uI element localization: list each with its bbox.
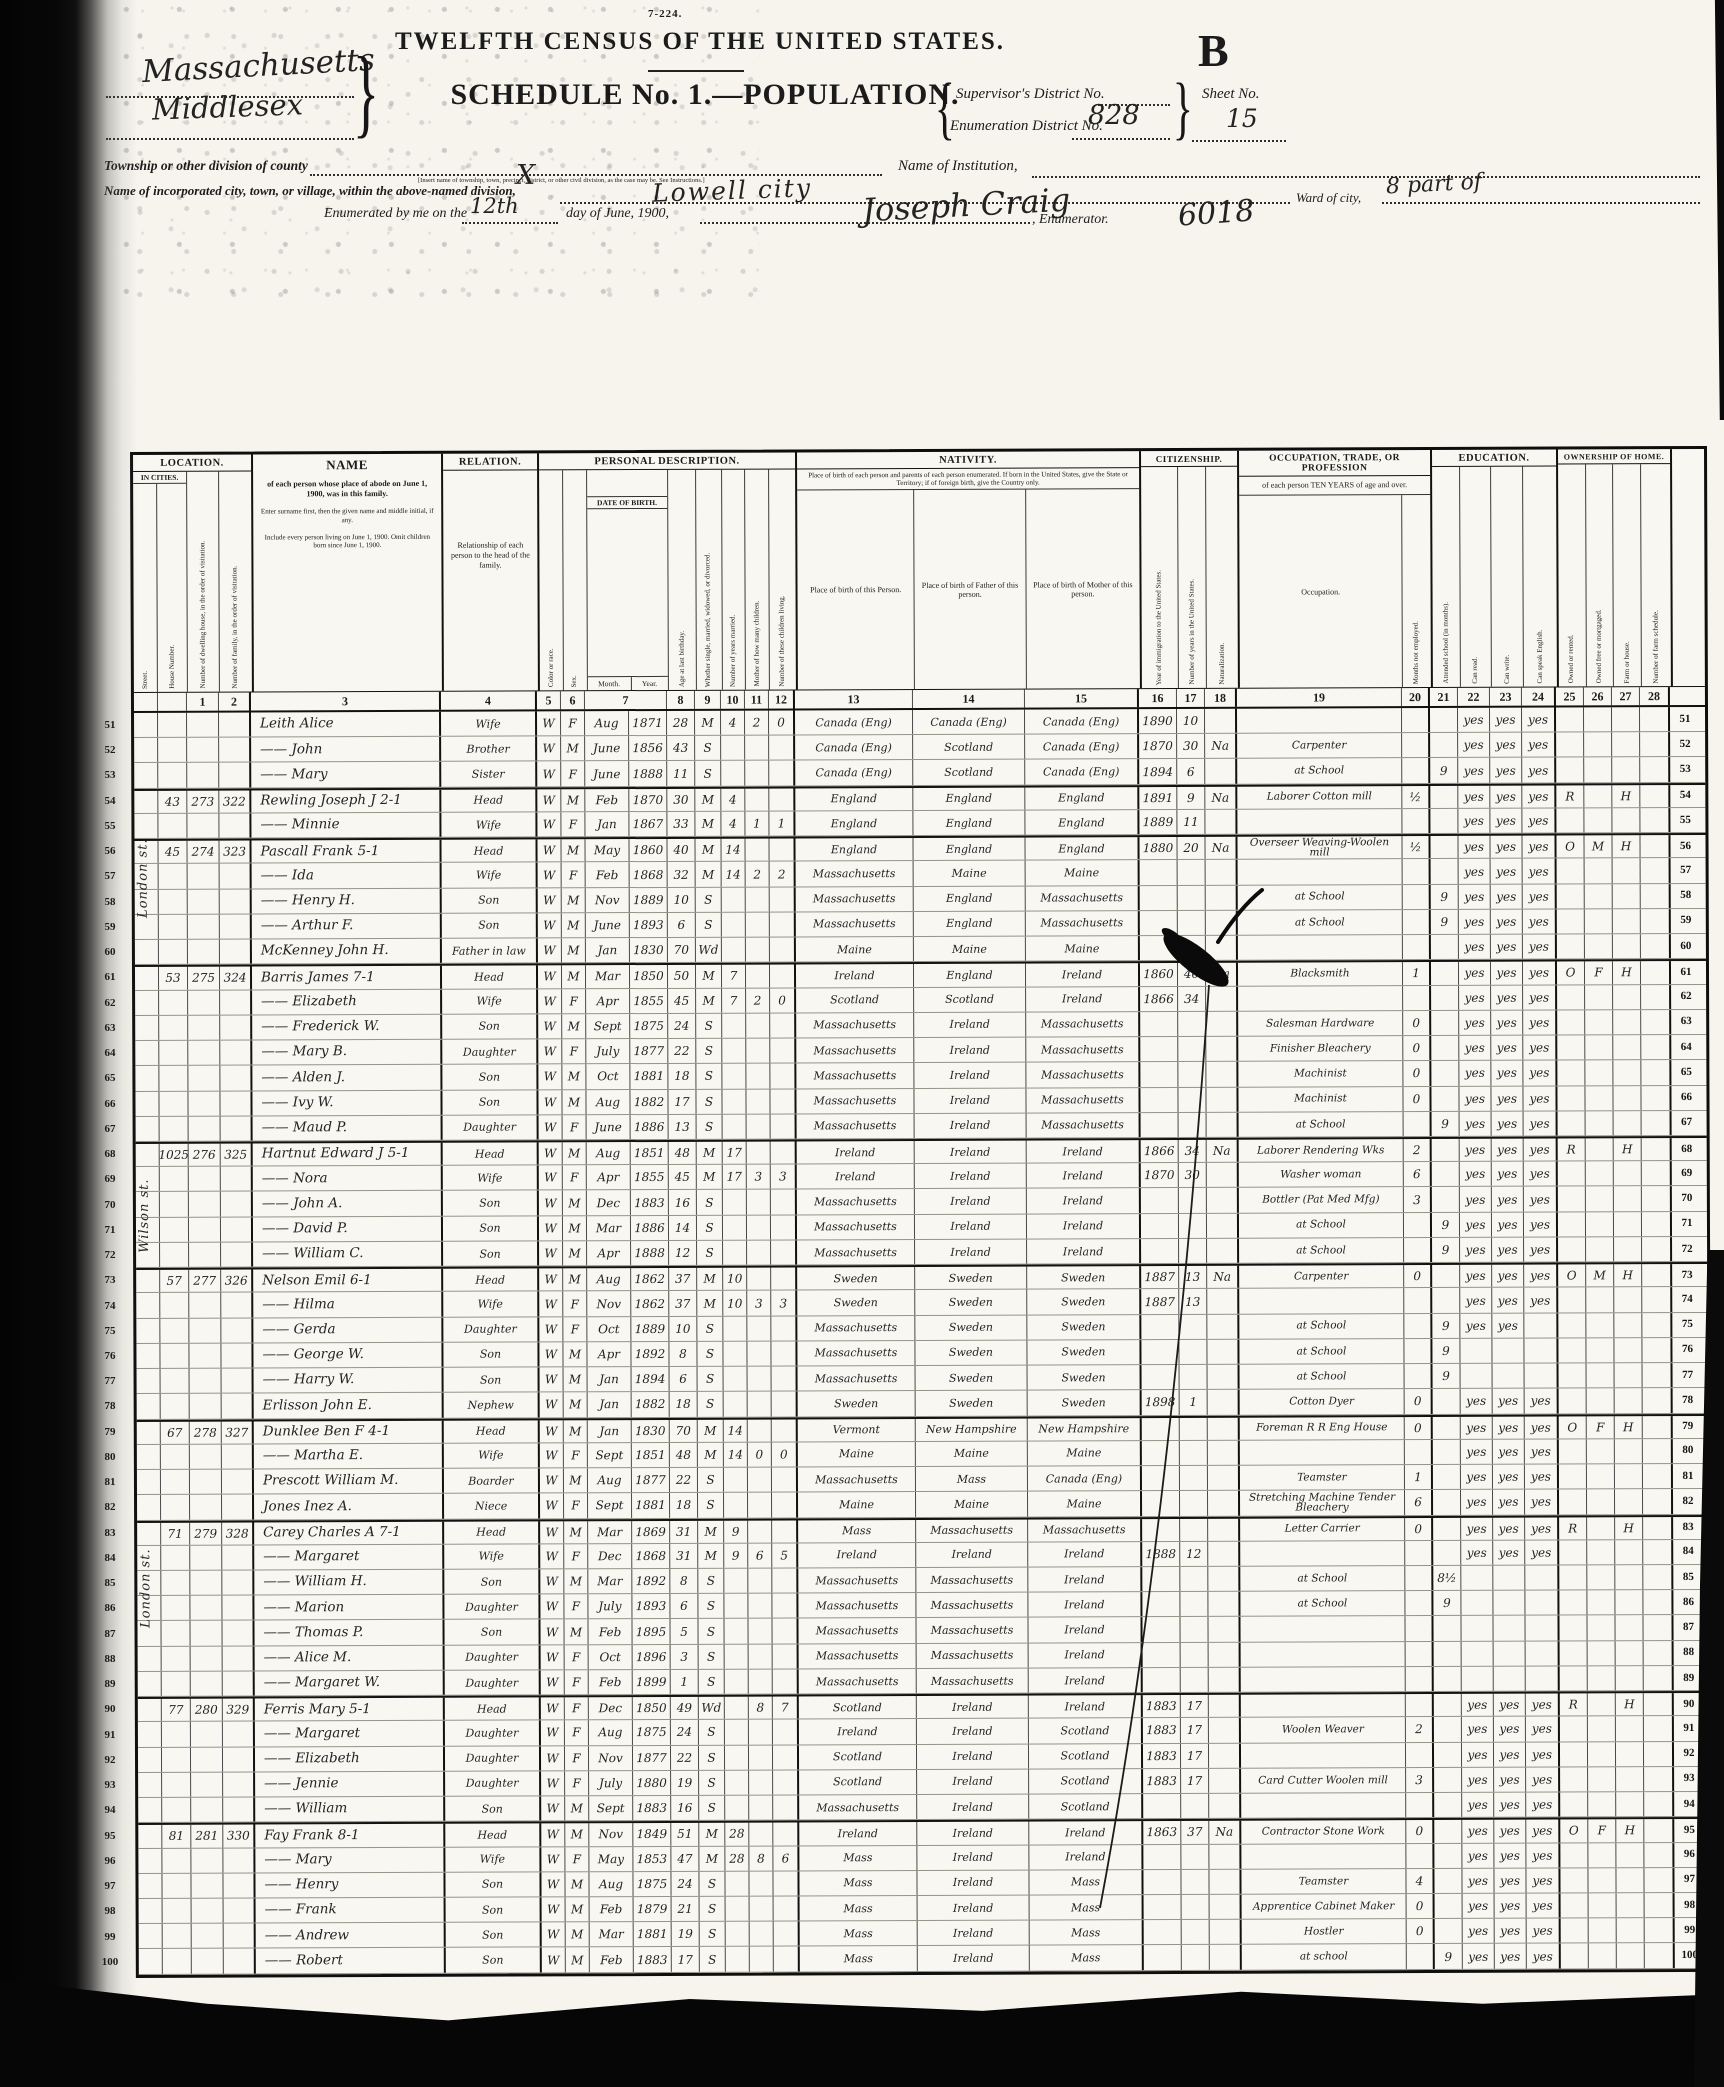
cell-name: —— Marion bbox=[254, 1595, 444, 1620]
cell-occ bbox=[1241, 1694, 1406, 1717]
cell-house bbox=[162, 1848, 191, 1872]
cell-month: Aug bbox=[585, 711, 629, 735]
cell-dwell bbox=[191, 1873, 223, 1897]
cell-moth bbox=[746, 1089, 770, 1113]
cell-nat bbox=[1207, 1239, 1239, 1263]
cell-ym bbox=[725, 1720, 749, 1744]
cell-month: Jan bbox=[588, 1392, 632, 1416]
cell-mne bbox=[1404, 1339, 1432, 1363]
cell-color: W bbox=[540, 1569, 564, 1593]
cell-farm: H bbox=[1614, 1264, 1642, 1286]
cell-street bbox=[137, 1369, 161, 1393]
cell-mne: 0 bbox=[1403, 1036, 1431, 1060]
cell-bp: Massachusetts bbox=[796, 887, 914, 912]
cell-bf: Massachusetts bbox=[916, 1618, 1028, 1643]
left-margin-row-number: 82 bbox=[96, 1501, 124, 1513]
cell-house bbox=[160, 1243, 189, 1267]
header-group-nativity: NATIVITY. Place of birth of each person … bbox=[797, 451, 1142, 689]
cell-fam: 328 bbox=[222, 1522, 254, 1544]
cell-sch bbox=[1430, 708, 1458, 732]
cell-bm: Maine bbox=[1028, 1491, 1142, 1516]
left-margin-row-number: 64 bbox=[96, 1047, 124, 1059]
cell-mort bbox=[1585, 859, 1613, 883]
cell-moth: 6 bbox=[748, 1543, 772, 1567]
cell-own bbox=[1558, 1338, 1586, 1362]
name-note-2: Enter surname first, then the given name… bbox=[253, 503, 441, 529]
cell-bf: Canada (Eng) bbox=[913, 710, 1025, 735]
cell-write: yes bbox=[1492, 1139, 1524, 1161]
cell-occ bbox=[1239, 1289, 1404, 1314]
enumerated-day: 12th bbox=[470, 194, 519, 218]
cell-street bbox=[138, 1773, 162, 1797]
cell-sex: M bbox=[564, 1420, 588, 1442]
cell-month: Apr bbox=[586, 989, 630, 1013]
cell-dwell bbox=[191, 1772, 223, 1796]
cell-farm bbox=[1614, 1212, 1642, 1236]
cell-ym: 4 bbox=[721, 812, 745, 836]
cell-mne bbox=[1406, 1793, 1434, 1817]
cell-bm: Ireland bbox=[1029, 1695, 1143, 1718]
cell-liv bbox=[772, 1568, 798, 1592]
cell-write: yes bbox=[1494, 1767, 1526, 1791]
cell-fam bbox=[223, 1722, 255, 1746]
left-margin-row-number: 69 bbox=[96, 1173, 124, 1185]
cell-name: —— Andrew bbox=[256, 1923, 446, 1948]
cell-farm bbox=[1617, 1893, 1645, 1917]
col-header-children-living: Number of these children living. bbox=[769, 469, 796, 689]
cell-rel: Son bbox=[443, 1241, 539, 1266]
cell-eng bbox=[1526, 1641, 1560, 1665]
cell-nat: Na bbox=[1209, 1821, 1241, 1843]
cell-fam bbox=[221, 1167, 253, 1191]
cell-liv bbox=[774, 1896, 800, 1920]
cell-mort bbox=[1587, 1565, 1615, 1589]
cell-occ: Overseer Weaving-Woolen mill bbox=[1237, 836, 1402, 859]
left-margin-row-number: 57 bbox=[96, 870, 124, 882]
cell-read: yes bbox=[1462, 1694, 1494, 1716]
cell-bm: Maine bbox=[1026, 936, 1140, 961]
cell-n2: 58 bbox=[1671, 884, 1701, 908]
cell-occ: Apprentice Cabinet Maker bbox=[1242, 1894, 1407, 1919]
cell-fam bbox=[221, 1217, 253, 1241]
cell-bf: England bbox=[913, 838, 1025, 861]
cell-age: 37 bbox=[669, 1291, 697, 1315]
cell-bf: Sweden bbox=[915, 1315, 1027, 1340]
cell-mort bbox=[1587, 1591, 1615, 1615]
cell-color: W bbox=[541, 1847, 565, 1871]
cell-nat bbox=[1208, 1365, 1240, 1389]
cell-yus bbox=[1182, 1920, 1210, 1944]
cell-year: 1892 bbox=[631, 1342, 669, 1366]
cell-fam bbox=[221, 1343, 253, 1367]
cell-occ: Stretching Machine Tender Bleachery bbox=[1240, 1490, 1405, 1515]
group-title-relation: RELATION. bbox=[443, 453, 537, 470]
cell-moth: 0 bbox=[748, 1442, 772, 1466]
cell-liv bbox=[772, 1392, 798, 1416]
relation-note: Relationship of each person to the head … bbox=[443, 536, 537, 574]
cell-house bbox=[161, 1546, 190, 1570]
cell-ym: 14 bbox=[724, 1419, 748, 1441]
cell-sch bbox=[1430, 733, 1458, 757]
cell-own bbox=[1557, 985, 1585, 1009]
cell-rel: Son bbox=[445, 1797, 541, 1822]
cell-occ: at School bbox=[1237, 759, 1402, 784]
cell-name: Dunklee Ben F 4-1 bbox=[254, 1420, 444, 1443]
name-note-3: Include every person living on June 1, 1… bbox=[253, 528, 441, 554]
cell-mne bbox=[1402, 809, 1430, 833]
cell-mne bbox=[1404, 1238, 1432, 1262]
cell-rel: Son bbox=[442, 1090, 538, 1115]
cell-read: yes bbox=[1460, 1288, 1492, 1312]
cell-sex: F bbox=[563, 1115, 587, 1139]
cell-fam bbox=[223, 1798, 255, 1822]
cell-fam bbox=[221, 1192, 253, 1216]
cell-n2: 70 bbox=[1672, 1186, 1702, 1210]
cell-sch bbox=[1433, 1541, 1461, 1565]
cell-name: Prescott William M. bbox=[254, 1469, 444, 1494]
left-margin-row-number: 94 bbox=[96, 1804, 124, 1816]
cell-mne: 0 bbox=[1404, 1265, 1432, 1287]
cell-mne: 1 bbox=[1405, 1465, 1433, 1489]
cell-house bbox=[159, 864, 188, 888]
cell-eng: yes bbox=[1522, 808, 1556, 832]
cell-month: Sept bbox=[588, 1493, 632, 1517]
cell-bp: Canada (Eng) bbox=[795, 710, 913, 735]
cell-write: yes bbox=[1492, 1265, 1524, 1287]
cell-n2: 69 bbox=[1672, 1161, 1702, 1185]
cell-n2: 83 bbox=[1673, 1516, 1703, 1538]
cell-mort bbox=[1588, 1693, 1616, 1715]
cell-house bbox=[158, 763, 187, 787]
cell-liv bbox=[773, 1770, 799, 1794]
cell-moth: 2 bbox=[745, 711, 769, 735]
left-margin-row-number: 81 bbox=[96, 1476, 124, 1488]
cell-year: 1862 bbox=[631, 1291, 669, 1315]
district-brace-close: } bbox=[1173, 74, 1193, 144]
cell-month: Feb bbox=[590, 1897, 634, 1921]
cell-mort bbox=[1585, 985, 1613, 1009]
cell-mort bbox=[1587, 1464, 1615, 1488]
cell-sch bbox=[1431, 1061, 1459, 1085]
cell-color: W bbox=[538, 938, 562, 962]
cell-bp: Ireland bbox=[796, 964, 914, 987]
cell-age: 16 bbox=[669, 1190, 697, 1214]
cell-bp: Sweden bbox=[798, 1391, 916, 1416]
cell-month: Aug bbox=[589, 1720, 633, 1744]
col-header-birthplace-mother: Place of birth of Mother of this person. bbox=[1026, 489, 1140, 688]
cell-mne: 0 bbox=[1405, 1389, 1433, 1413]
cell-year: 1830 bbox=[632, 1419, 670, 1441]
cell-sex: F bbox=[565, 1847, 589, 1871]
cell-house: 53 bbox=[159, 967, 188, 989]
cell-house bbox=[159, 1016, 188, 1040]
cell-liv bbox=[771, 1341, 797, 1365]
cell-fam: 327 bbox=[222, 1421, 254, 1443]
cell-bm: Canada (Eng) bbox=[1028, 1466, 1142, 1491]
cell-house bbox=[159, 990, 188, 1014]
cell-moth: 3 bbox=[747, 1291, 771, 1315]
cell-occ: at School bbox=[1239, 1238, 1404, 1263]
cell-bp: Massachusetts bbox=[798, 1618, 916, 1643]
cell-dwell bbox=[190, 1596, 222, 1620]
cell-write: yes bbox=[1491, 1086, 1523, 1110]
cell-sch bbox=[1434, 1743, 1462, 1767]
cell-house bbox=[161, 1621, 190, 1645]
cell-street bbox=[137, 1470, 161, 1494]
col-header-can-write: Can write. bbox=[1491, 467, 1523, 687]
left-margin-row-number: 100 bbox=[96, 1956, 124, 1968]
cell-read: yes bbox=[1459, 985, 1491, 1009]
cell-year: 1875 bbox=[633, 1720, 671, 1744]
cell-sched bbox=[1640, 732, 1670, 756]
cell-nat bbox=[1207, 1340, 1239, 1364]
cell-read: yes bbox=[1460, 1162, 1492, 1186]
cell-age: 37 bbox=[669, 1268, 697, 1290]
cell-nat bbox=[1206, 1062, 1238, 1086]
cell-nat bbox=[1210, 1920, 1242, 1944]
cell-name: —— George W. bbox=[253, 1343, 443, 1368]
cell-yus: 12 bbox=[1180, 1542, 1208, 1566]
cell-farm bbox=[1614, 1338, 1642, 1362]
cell-liv bbox=[771, 1316, 797, 1340]
cell-bp: Massachusetts bbox=[796, 1063, 914, 1088]
cell-rel: Head bbox=[444, 1521, 540, 1544]
cell-month: Dec bbox=[589, 1697, 633, 1719]
cell-age: 45 bbox=[669, 1165, 697, 1189]
cell-imm: 1887 bbox=[1141, 1266, 1179, 1288]
cell-color: W bbox=[539, 1115, 563, 1139]
cell-sched bbox=[1644, 1693, 1674, 1715]
cell-fam: 326 bbox=[221, 1270, 253, 1292]
cell-imm bbox=[1142, 1418, 1180, 1440]
cell-nat bbox=[1205, 709, 1237, 733]
cell-sch bbox=[1434, 1642, 1462, 1666]
cell-year: 1870 bbox=[629, 789, 667, 811]
cell-yus bbox=[1180, 1617, 1208, 1641]
cell-month: Feb bbox=[590, 1948, 634, 1972]
cell-n2: 84 bbox=[1673, 1540, 1703, 1564]
cell-mar: M bbox=[695, 711, 721, 735]
cell-sched bbox=[1641, 1086, 1671, 1110]
header-row-number-margin bbox=[1672, 449, 1703, 686]
cell-name: —— William H. bbox=[254, 1570, 444, 1595]
cell-fam bbox=[220, 889, 252, 913]
cell-yus: 37 bbox=[1181, 1821, 1209, 1843]
cell-farm: H bbox=[1615, 1416, 1643, 1438]
cell-read: yes bbox=[1458, 809, 1490, 833]
cell-moth bbox=[745, 788, 769, 810]
cell-liv: 0 bbox=[770, 988, 796, 1012]
cell-moth bbox=[749, 1823, 773, 1845]
cell-dwell bbox=[189, 1167, 221, 1191]
cell-write: yes bbox=[1493, 1540, 1525, 1564]
cell-year: 1879 bbox=[634, 1897, 672, 1921]
cell-read: yes bbox=[1462, 1869, 1494, 1893]
cell-street bbox=[137, 1445, 161, 1469]
cell-rel: Head bbox=[445, 1824, 541, 1847]
cell-moth bbox=[747, 1341, 771, 1365]
group-title-nativity: NATIVITY. bbox=[797, 451, 1139, 469]
cell-nat bbox=[1206, 986, 1238, 1010]
left-margin-row-number: 59 bbox=[96, 921, 124, 933]
cell-bm: Massachusetts bbox=[1027, 1113, 1141, 1138]
cell-write: yes bbox=[1491, 884, 1523, 908]
cell-write: yes bbox=[1492, 1111, 1524, 1135]
cell-bm: Ireland bbox=[1029, 1821, 1143, 1844]
cell-own bbox=[1559, 1490, 1587, 1514]
cell-rel: Son bbox=[446, 1923, 542, 1948]
cell-write: yes bbox=[1494, 1868, 1526, 1892]
cell-mne: 3 bbox=[1404, 1187, 1432, 1211]
cell-fam bbox=[220, 1015, 252, 1039]
cell-rel: Wife bbox=[442, 863, 538, 888]
cell-bp: Massachusetts bbox=[798, 1568, 916, 1593]
cell-imm: 1860 bbox=[1140, 963, 1178, 985]
cell-fam bbox=[224, 1899, 256, 1923]
cell-yus: 17 bbox=[1181, 1718, 1209, 1742]
table-row: —— RobertSonWMFeb188317SMassIrelandMassa… bbox=[139, 1943, 1710, 1974]
left-margin-row-number: 63 bbox=[96, 1022, 124, 1034]
cell-bp: Massachusetts bbox=[798, 1593, 916, 1618]
cell-sch: 9 bbox=[1433, 1591, 1461, 1615]
cell-house: 81 bbox=[162, 1825, 191, 1847]
institution-label: Name of Institution, bbox=[898, 158, 1018, 175]
cell-ym bbox=[724, 1569, 748, 1593]
cell-ym: 28 bbox=[725, 1823, 749, 1845]
cell-month: Feb bbox=[586, 862, 630, 886]
cell-dwell: 273 bbox=[187, 790, 219, 812]
left-margin-row-number: 65 bbox=[96, 1072, 124, 1084]
cell-own bbox=[1557, 884, 1585, 908]
cell-farm bbox=[1616, 1843, 1644, 1867]
cell-fam bbox=[223, 1747, 255, 1771]
cell-eng: yes bbox=[1523, 1061, 1557, 1085]
cell-mar: S bbox=[696, 1039, 722, 1063]
cell-bm: Ireland bbox=[1029, 1668, 1143, 1693]
cell-bm: England bbox=[1025, 837, 1139, 860]
cell-month: Nov bbox=[589, 1823, 633, 1845]
cell-month: Mar bbox=[590, 1922, 634, 1946]
cell-bp: Maine bbox=[796, 937, 914, 962]
cell-age: 6 bbox=[668, 913, 696, 937]
cell-eng: yes bbox=[1527, 1944, 1561, 1968]
cell-month: Sept bbox=[589, 1796, 633, 1820]
cell-year: 1881 bbox=[632, 1493, 670, 1517]
cell-month: Jan bbox=[588, 1420, 632, 1442]
cell-moth bbox=[748, 1419, 772, 1441]
cell-dwell: 281 bbox=[191, 1825, 223, 1847]
county-line bbox=[106, 138, 354, 140]
cell-month: Mar bbox=[588, 1569, 632, 1593]
cell-rel: Son bbox=[442, 913, 538, 938]
cell-sch: 9 bbox=[1432, 1213, 1460, 1237]
col-header-free-mortgaged: Owned free or mortgaged. bbox=[1586, 464, 1614, 686]
cell-yus bbox=[1178, 1062, 1206, 1086]
column-number-liv: 12 bbox=[769, 690, 795, 708]
cell-ym bbox=[723, 1114, 747, 1138]
cell-moth bbox=[748, 1569, 772, 1593]
cell-n2: 67 bbox=[1672, 1111, 1702, 1135]
cell-age: 3 bbox=[671, 1644, 699, 1668]
cell-dwell bbox=[192, 1949, 224, 1973]
cell-liv: 7 bbox=[773, 1697, 799, 1719]
cell-bf: England bbox=[914, 964, 1026, 987]
cell-sex: M bbox=[563, 1142, 587, 1164]
cell-ym: 7 bbox=[722, 988, 746, 1012]
cell-mort bbox=[1588, 1666, 1616, 1690]
cell-mort bbox=[1584, 808, 1612, 832]
cell-street bbox=[135, 1041, 159, 1065]
cell-write: yes bbox=[1492, 1313, 1524, 1337]
cell-mar: S bbox=[700, 1947, 726, 1971]
cell-color: W bbox=[539, 1292, 563, 1316]
left-margin-row-number: 71 bbox=[96, 1224, 124, 1236]
cell-sch bbox=[1432, 1139, 1460, 1161]
cell-moth bbox=[747, 1190, 771, 1214]
cell-liv: 6 bbox=[773, 1846, 799, 1870]
cell-house bbox=[162, 1722, 191, 1746]
cell-rel: Son bbox=[444, 1569, 540, 1594]
cell-sex: M bbox=[566, 1922, 590, 1946]
cell-occ: at School bbox=[1239, 1213, 1404, 1238]
header-group-relation: RELATION. Relationship of each person to… bbox=[443, 453, 540, 690]
cell-read: yes bbox=[1460, 1238, 1492, 1262]
cell-mar: S bbox=[698, 1594, 724, 1618]
cell-bm: Canada (Eng) bbox=[1025, 709, 1139, 734]
cell-year: 1896 bbox=[633, 1645, 671, 1669]
cell-liv: 5 bbox=[772, 1543, 798, 1567]
cell-age: 5 bbox=[670, 1619, 698, 1643]
cell-imm: 1894 bbox=[1139, 759, 1177, 783]
cell-bf: Ireland bbox=[914, 1038, 1026, 1063]
cell-rel: Son bbox=[444, 1620, 540, 1645]
cell-age: 49 bbox=[671, 1697, 699, 1719]
cell-occ bbox=[1241, 1667, 1406, 1692]
cell-bm: Ireland bbox=[1027, 1239, 1141, 1264]
cell-read: yes bbox=[1459, 1036, 1491, 1060]
cell-month: June bbox=[586, 913, 630, 937]
cell-bp: Sweden bbox=[797, 1267, 915, 1290]
cell-mar: M bbox=[695, 812, 721, 836]
cell-eng: yes bbox=[1526, 1868, 1560, 1892]
cell-occ: at School bbox=[1238, 910, 1403, 935]
cell-month: Jan bbox=[588, 1367, 632, 1391]
cell-color: W bbox=[541, 1796, 565, 1820]
cell-bf: Scotland bbox=[913, 735, 1025, 760]
cell-eng bbox=[1525, 1364, 1559, 1388]
cell-own bbox=[1560, 1792, 1588, 1816]
cell-yus bbox=[1178, 886, 1206, 910]
cell-sch bbox=[1432, 1187, 1460, 1211]
cell-sex: F bbox=[562, 863, 586, 887]
cell-nat bbox=[1206, 1012, 1238, 1036]
left-margin-row-number: 95 bbox=[96, 1830, 124, 1842]
cell-fam bbox=[219, 738, 251, 762]
cell-mort bbox=[1586, 1313, 1614, 1337]
cell-mar: M bbox=[699, 1846, 725, 1870]
group-title-occupation: OCCUPATION, TRADE, OR PROFESSION bbox=[1239, 450, 1430, 477]
cell-occ: Laborer Rendering Wks bbox=[1239, 1139, 1404, 1162]
cell-mar: M bbox=[698, 1520, 724, 1542]
cell-sched bbox=[1642, 1338, 1672, 1362]
cell-bp: Mass bbox=[798, 1519, 916, 1542]
cell-bp: Massachusetts bbox=[796, 861, 914, 886]
cell-rel: Sister bbox=[441, 762, 537, 787]
cell-occ: Washer woman bbox=[1239, 1162, 1404, 1187]
cell-farm bbox=[1614, 1187, 1642, 1211]
sheet-no-label: Sheet No. bbox=[1202, 86, 1260, 103]
cell-nat bbox=[1209, 1718, 1241, 1742]
